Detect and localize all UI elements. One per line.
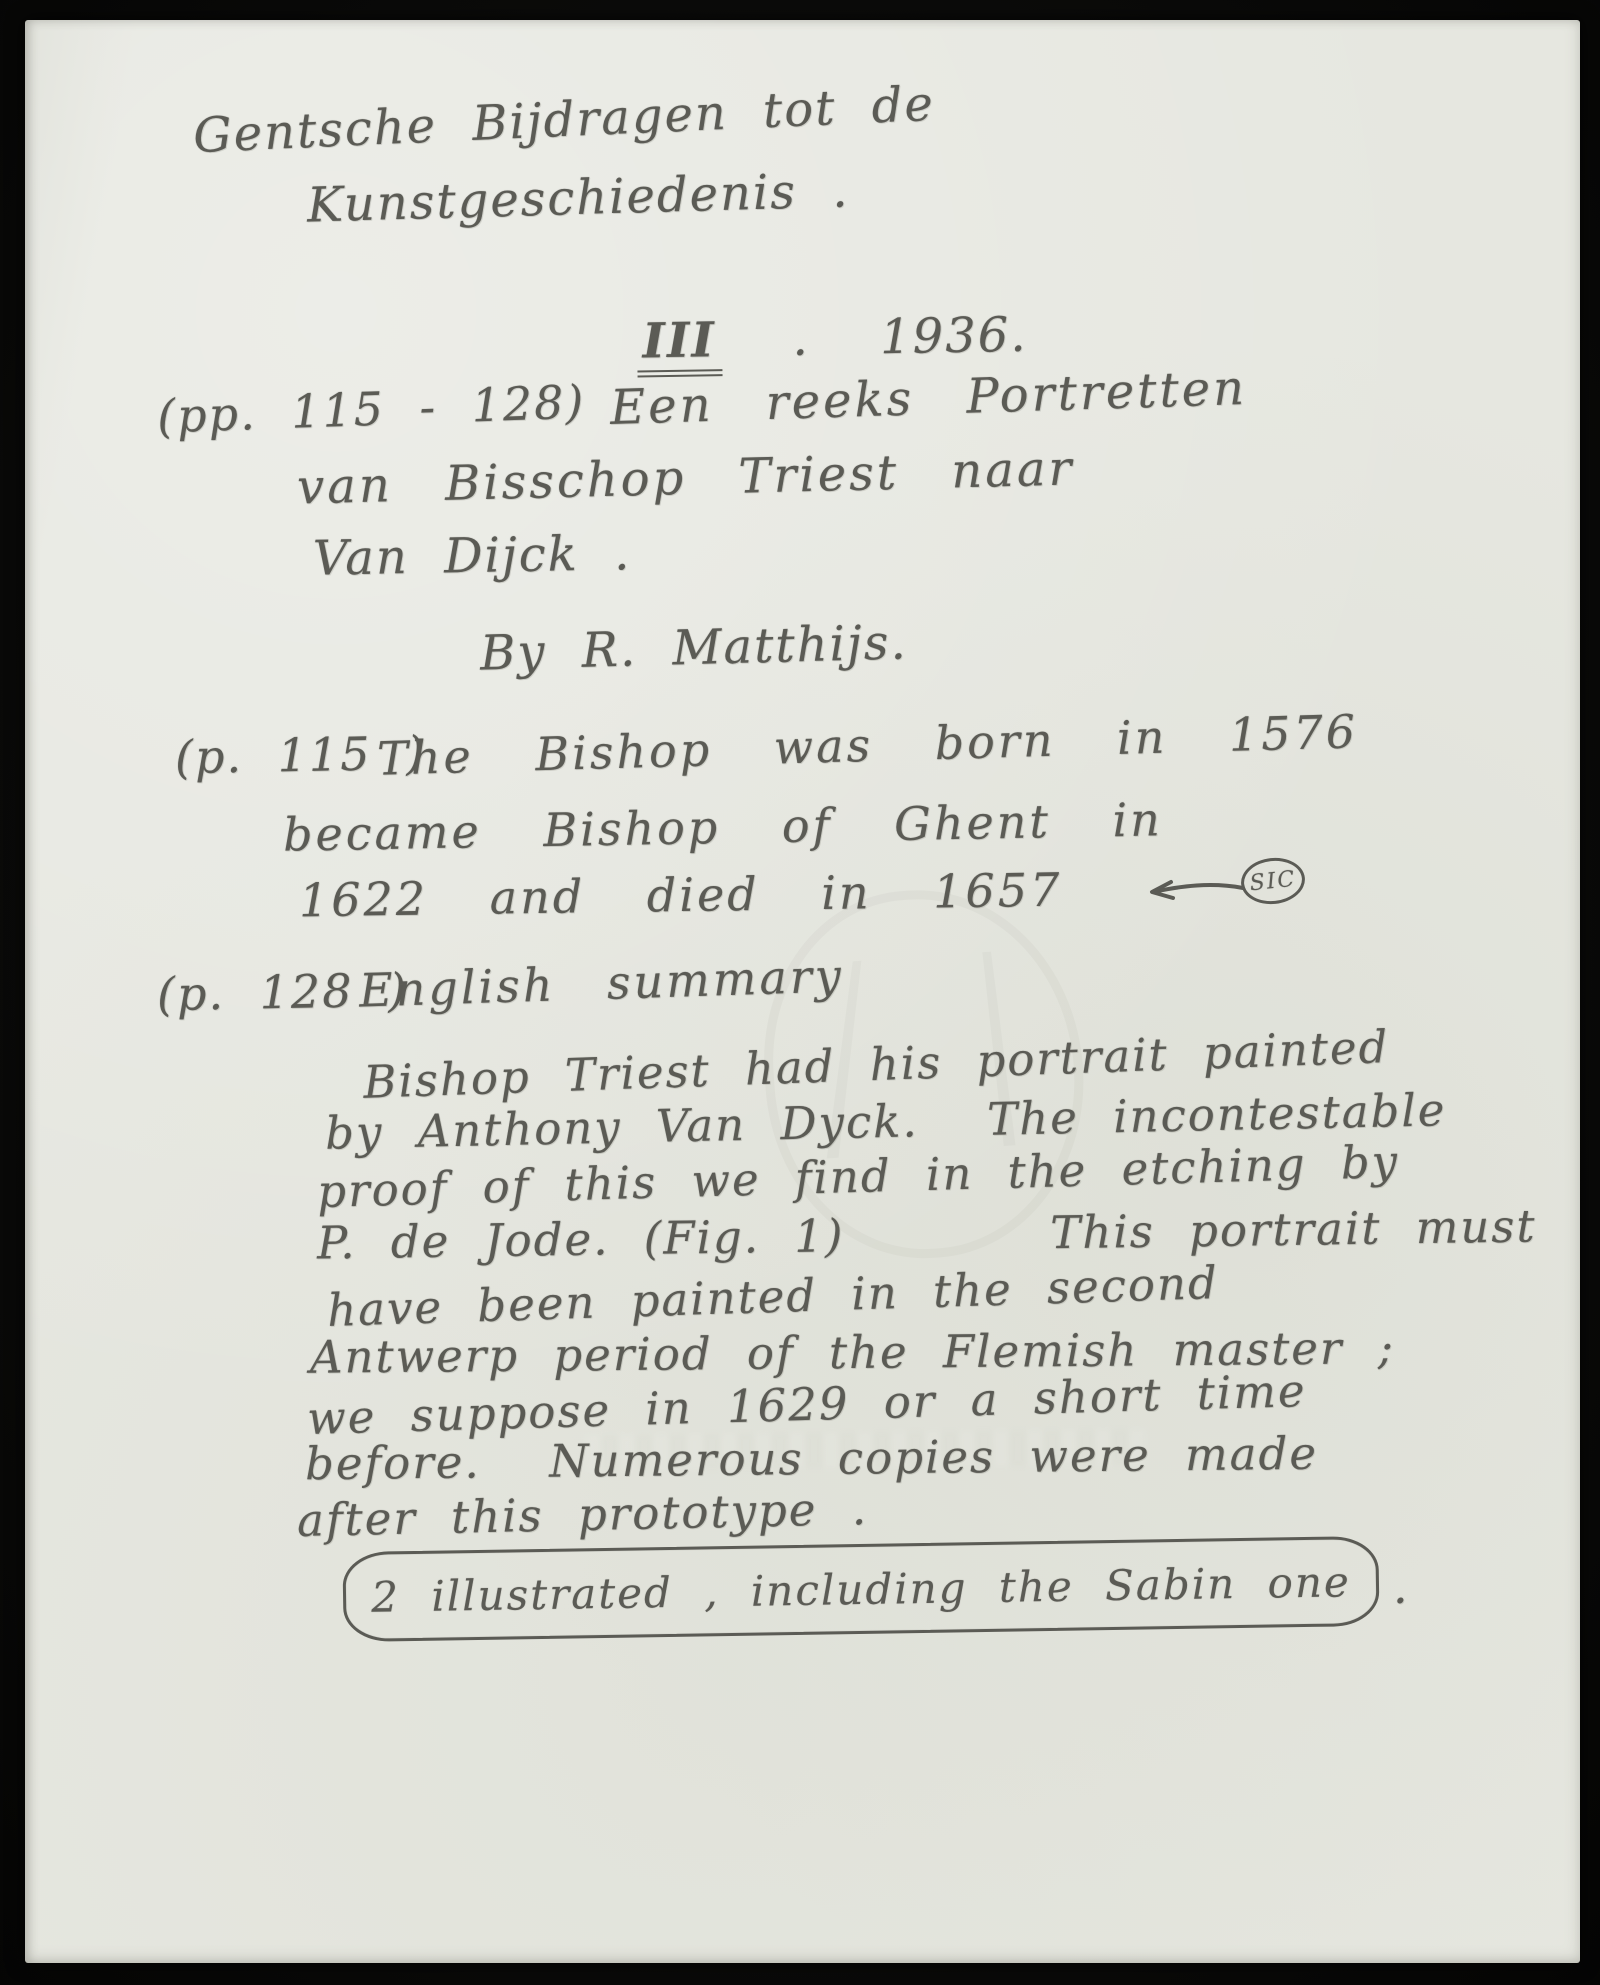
volume-numeral: III — [636, 312, 722, 377]
manuscript-page: Gentsche Bijdragen tot de Kunstgeschiede… — [25, 20, 1580, 1963]
annotation-text: 2 illustrated , including the Sabin one — [371, 1557, 1351, 1621]
summary-line-8: before. Numerous copies were made — [305, 1427, 1318, 1491]
journal-title-line-1: Gentsche Bijdragen tot de — [192, 76, 936, 164]
journal-title-line-2: Kunstgeschiedenis . — [306, 162, 850, 233]
sic-arrow-icon — [1145, 878, 1245, 904]
p128-heading: English summary — [358, 948, 844, 1017]
annotation-oval: 2 illustrated , including the Sabin one — [342, 1536, 1379, 1642]
annotation-period: . — [1393, 1560, 1410, 1614]
p115-line-2: became Bishop of Ghent in — [283, 792, 1164, 861]
article-byline: By R. Matthijs. — [479, 614, 908, 681]
volume-separator: . — [721, 309, 880, 368]
sic-label: SIC — [1239, 855, 1307, 907]
year: 1936. — [880, 307, 1028, 366]
p115-line-3: 1622 and died in 1657 — [299, 863, 1063, 928]
article-title-line-2: van Bisschop Triest naar — [296, 441, 1075, 516]
article-title-line-3: Van Dijck . — [313, 525, 632, 587]
photo-background: Gentsche Bijdragen tot de Kunstgeschiede… — [0, 0, 1600, 1985]
summary-line-9: after this prototype . — [297, 1482, 869, 1547]
p115-line-1: The Bishop was born in 1576 — [376, 704, 1358, 785]
sic-annotation: SIC — [1145, 856, 1335, 920]
